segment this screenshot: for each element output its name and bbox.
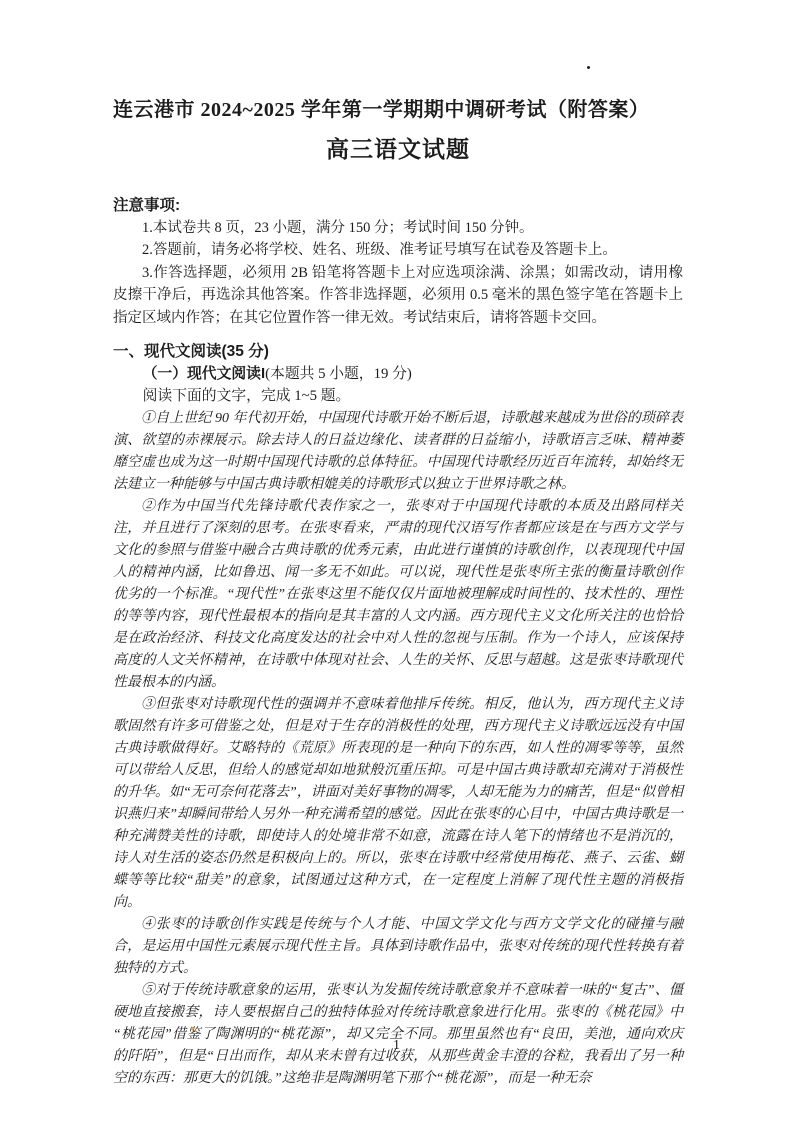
section-heading: 一、现代文阅读(35 分) xyxy=(113,340,683,363)
exam-title: 连云港市 2024~2025 学年第一学期期中调研考试（附答案） xyxy=(113,96,613,124)
reading-instruction: 阅读下面的文字，完成 1~5 题。 xyxy=(113,385,683,407)
subheading-bold: （一）现代文阅读I xyxy=(143,366,266,382)
notice-item-3: 3.作答选择题，必须用 2B 铅笔将答题卡上对应选项涂满、涂黑；如需改动，请用橡… xyxy=(113,262,683,329)
passage-paragraph-2: ②作为中国当代先锋诗歌代表作家之一，张枣对于中国现代诗歌的本质及出路同样关注，并… xyxy=(113,496,683,694)
passage-paragraph-1: ①自上世纪 90 年代初开始，中国现代诗歌开始不断后退，诗歌越来越成为世俗的琐碎… xyxy=(113,408,683,496)
passage-paragraph-4: ④张枣的诗歌创作实践是传统与个人才能、中国文学文化与西方文学文化的碰撞与融合，是… xyxy=(113,914,683,980)
exam-header: 连云港市 2024~2025 学年第一学期期中调研考试（附答案） 高三语文试题 xyxy=(113,96,683,166)
notice-item-1: 1.本试卷共 8 页，23 小题，满分 150 分；考试时间 150 分钟。 xyxy=(113,217,683,239)
exam-subtitle: 高三语文试题 xyxy=(113,134,683,166)
section-subheading: （一）现代文阅读I(本题共 5 小题，19 分) xyxy=(113,363,683,385)
reading-passage: ①自上世纪 90 年代初开始，中国现代诗歌开始不断后退，诗歌越来越成为世俗的琐碎… xyxy=(113,408,683,1090)
passage-paragraph-5: ⑤对于传统诗歌意象的运用，张枣认为发掘传统诗歌意象并不意味着一味的“复古”、僵硬… xyxy=(113,980,683,1090)
notice-heading: 注意事项: xyxy=(113,194,683,217)
subheading-rest: (本题共 5 小题，19 分) xyxy=(265,366,412,382)
notice-section: 注意事项: 1.本试卷共 8 页，23 小题，满分 150 分；考试时间 150… xyxy=(113,194,683,329)
exam-paper-page: 连云港市 2024~2025 学年第一学期期中调研考试（附答案） 高三语文试题 … xyxy=(0,0,793,1122)
page-number: 1 xyxy=(0,1038,793,1054)
page-content: 连云港市 2024~2025 学年第一学期期中调研考试（附答案） 高三语文试题 … xyxy=(113,0,683,1090)
scan-artifact-dot xyxy=(191,1027,194,1030)
passage-paragraph-3: ③但张枣对诗歌现代性的强调并不意味着他排斥传统。相反，他认为，西方现代主义诗歌固… xyxy=(113,694,683,914)
notice-item-2: 2.答题前，请务必将学校、姓名、班级、准考证号填写在试卷及答题卡上。 xyxy=(113,239,683,261)
modern-reading-section: 一、现代文阅读(35 分) （一）现代文阅读I(本题共 5 小题，19 分) 阅… xyxy=(113,340,683,1090)
